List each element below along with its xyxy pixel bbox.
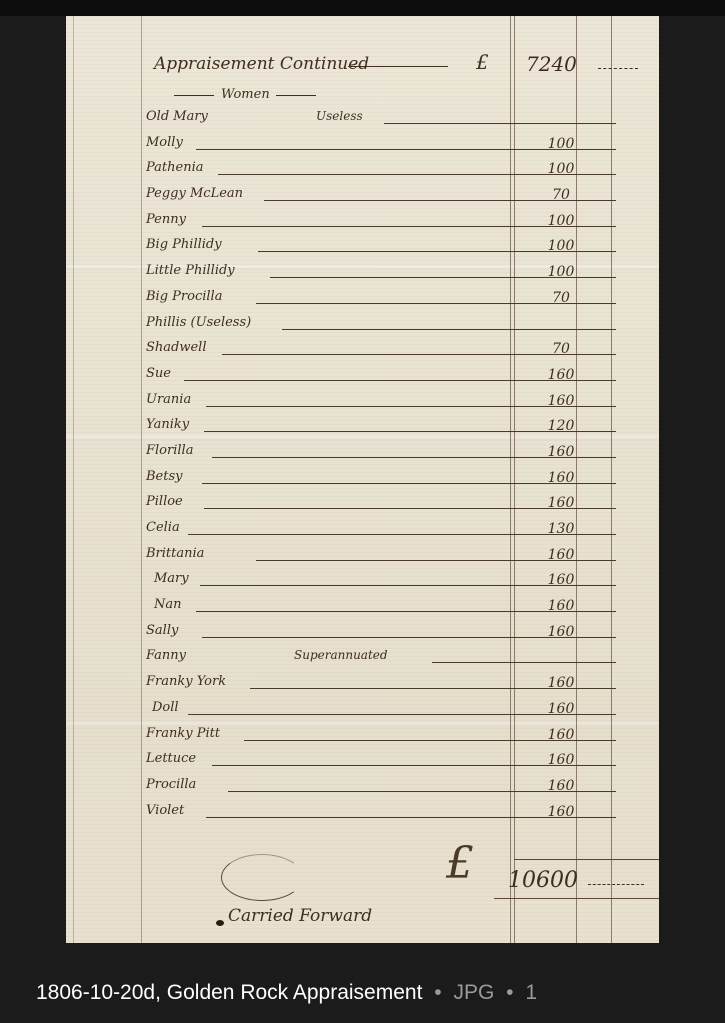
- list-item: Big Procilla70: [146, 286, 656, 312]
- list-item: Celia130: [146, 517, 656, 543]
- entry-name: Celia: [146, 520, 180, 535]
- subhead-dash: [174, 95, 214, 96]
- amount-dash: [598, 68, 638, 69]
- entry-value: 160: [538, 727, 584, 743]
- entry-note: Superannuated: [294, 648, 388, 662]
- entry-value: 160: [538, 752, 584, 768]
- entry-value: 130: [538, 521, 584, 537]
- entry-value: 70: [538, 187, 584, 203]
- ruled-line: [384, 123, 616, 124]
- list-item: Sue160: [146, 363, 656, 389]
- subhead-dash: [276, 95, 316, 96]
- entry-name: Brittania: [146, 546, 204, 561]
- list-item: Florilla160: [146, 440, 656, 466]
- entry-value: 160: [538, 778, 584, 794]
- entry-name: Shadwell: [146, 340, 207, 355]
- list-item: Sally160: [146, 620, 656, 646]
- list-item: Betsy160: [146, 466, 656, 492]
- total-dash: [588, 884, 644, 885]
- total-rule-bottom: [494, 898, 659, 899]
- entry-name: Yaniky: [146, 417, 189, 432]
- list-item: Franky York160: [146, 671, 656, 697]
- total-pound-symbol: £: [446, 838, 474, 889]
- flourish-oval: [221, 854, 303, 901]
- entry-name: Mary: [154, 571, 189, 586]
- entry-value: 160: [538, 804, 584, 820]
- entry-name: Big Procilla: [146, 289, 222, 304]
- list-item: Lettuce160: [146, 748, 656, 774]
- ruled-line: [432, 662, 616, 663]
- list-item: Pathenia100: [146, 157, 656, 183]
- entry-name: Molly: [146, 135, 183, 150]
- list-item: Old MaryUseless: [146, 106, 656, 132]
- list-item: Franky Pitt160: [146, 723, 656, 749]
- entry-value: 160: [538, 470, 584, 486]
- viewer-top-bar: [0, 0, 725, 16]
- entry-name: Big Phillidy: [146, 237, 222, 252]
- entry-value: 100: [538, 264, 584, 280]
- entry-value: 120: [538, 418, 584, 434]
- entry-name: Procilla: [146, 777, 196, 792]
- entry-name: Lettuce: [146, 751, 196, 766]
- list-item: Little Phillidy100: [146, 260, 656, 286]
- entry-name: Peggy McLean: [146, 186, 243, 201]
- entry-name: Betsy: [146, 469, 183, 484]
- total-rule-top: [514, 859, 659, 860]
- entry-name: Violet: [146, 803, 184, 818]
- list-item: Penny100: [146, 209, 656, 235]
- entry-value: 100: [538, 136, 584, 152]
- section-label: Women: [221, 87, 270, 102]
- entry-name: Franky York: [146, 674, 226, 689]
- list-item: Big Phillidy100: [146, 234, 656, 260]
- entry-value: 160: [538, 547, 584, 563]
- entry-name: Pilloe: [146, 494, 183, 509]
- entry-name: Franky Pitt: [146, 726, 220, 741]
- list-item: Violet160: [146, 800, 656, 826]
- entry-name: Pathenia: [146, 160, 203, 175]
- total-amount: 10600: [508, 868, 578, 893]
- list-item: Pilloe160: [146, 491, 656, 517]
- entry-value: 160: [538, 444, 584, 460]
- pound-symbol: £: [476, 50, 489, 74]
- entry-value: 100: [538, 161, 584, 177]
- entry-value: 100: [538, 238, 584, 254]
- entry-value: 70: [538, 341, 584, 357]
- list-item: Urania160: [146, 389, 656, 415]
- list-item: Brittania160: [146, 543, 656, 569]
- list-item: Nan160: [146, 594, 656, 620]
- list-item: Doll160: [146, 697, 656, 723]
- list-item: FannySuperannuated: [146, 645, 656, 671]
- list-item: Molly100: [146, 132, 656, 158]
- appraisement-list: Old MaryUseless Molly100 Pathenia100 Peg…: [146, 106, 656, 825]
- entry-value: 160: [538, 701, 584, 717]
- entry-name: Old Mary: [146, 109, 208, 124]
- list-item: Procilla160: [146, 774, 656, 800]
- entry-name: Fanny: [146, 648, 186, 663]
- entry-name: Penny: [146, 212, 186, 227]
- entry-note: Useless: [316, 109, 363, 123]
- entry-value: 160: [538, 675, 584, 691]
- margin-rule: [141, 16, 142, 943]
- carried-in-amount: 7240: [526, 52, 577, 76]
- entry-value: 100: [538, 213, 584, 229]
- ruled-line: [282, 329, 616, 330]
- entry-name: Urania: [146, 392, 191, 407]
- margin-rule: [73, 16, 74, 943]
- list-item: Peggy McLean70: [146, 183, 656, 209]
- entry-value: 160: [538, 393, 584, 409]
- heading-dash: [348, 66, 448, 67]
- entry-value: 160: [538, 598, 584, 614]
- list-item: Phillis (Useless): [146, 312, 656, 338]
- entry-name: Phillis (Useless): [146, 315, 251, 330]
- caption-file-type: JPG: [453, 981, 494, 1004]
- list-item: Mary160: [146, 568, 656, 594]
- entry-name: Nan: [154, 597, 182, 612]
- entry-value: 160: [538, 572, 584, 588]
- entry-value: 160: [538, 624, 584, 640]
- entry-name: Florilla: [146, 443, 193, 458]
- caption-separator: •: [434, 981, 441, 1004]
- list-item: Shadwell70: [146, 337, 656, 363]
- list-item: Yaniky120: [146, 414, 656, 440]
- carried-forward-note: Carried Forward: [228, 906, 372, 926]
- entry-name: Little Phillidy: [146, 263, 235, 278]
- entry-name: Sally: [146, 623, 178, 638]
- entry-value: 160: [538, 495, 584, 511]
- caption-title: 1806-10-20d, Golden Rock Appraisement: [36, 981, 422, 1004]
- caption-count: 1: [525, 981, 537, 1004]
- entry-name: Sue: [146, 366, 171, 381]
- entry-name: Doll: [152, 700, 179, 715]
- image-caption: 1806-10-20d, Golden Rock Appraisement • …: [36, 981, 537, 1005]
- entry-value: 70: [538, 290, 584, 306]
- page-heading: Appraisement Continued: [154, 54, 369, 74]
- entry-value: 160: [538, 367, 584, 383]
- caption-separator: •: [506, 981, 513, 1004]
- ink-blot: [216, 920, 224, 926]
- document-image: Appraisement Continued £ 7240 Women Old …: [66, 16, 659, 943]
